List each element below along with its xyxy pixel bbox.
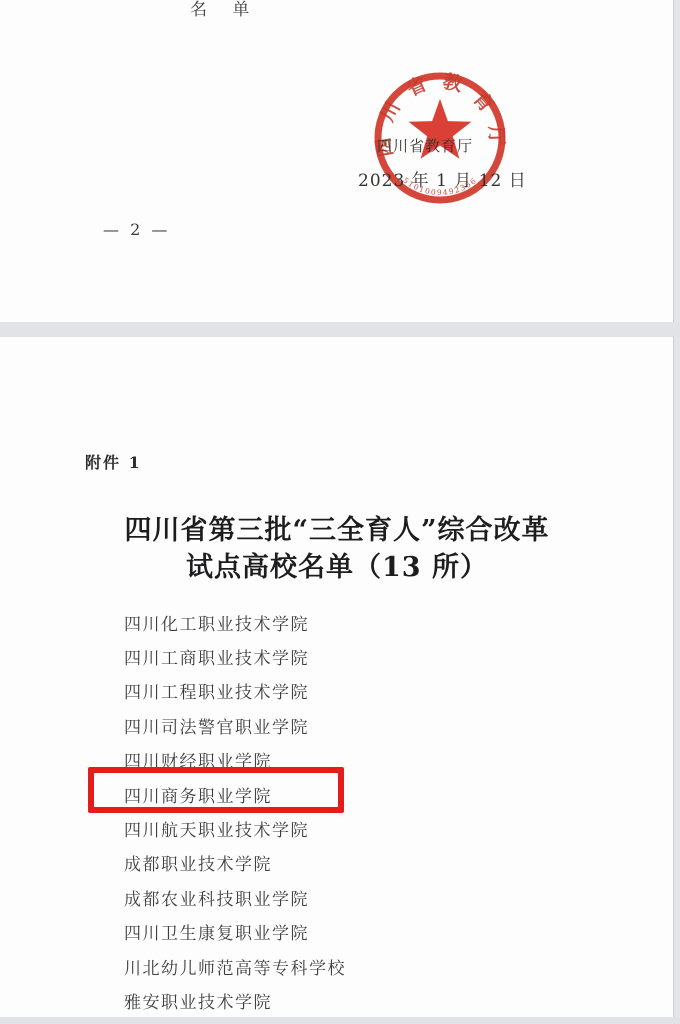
school-list-item: 四川司法警官职业学院	[124, 708, 544, 742]
school-list-item: 四川工商职业技术学院	[124, 639, 544, 673]
school-list-item: 成都职业技术学院	[124, 846, 544, 880]
school-list-item-highlighted: 四川商务职业学院	[124, 777, 544, 811]
page-gap-divider	[0, 322, 680, 336]
doc-title-line2: 试点高校名单（13 所）	[0, 545, 674, 584]
page-number: — 2 —	[103, 220, 170, 239]
school-list-item: 四川工程职业技术学院	[124, 674, 544, 708]
school-list-item: 雅安职业技术学院	[124, 983, 544, 1017]
attachment-label: 附件 1	[85, 450, 142, 473]
page1-scan: 名 单 四川省教育厅 5101009492366 四川省教育厅 2023 年 1…	[0, 0, 674, 323]
school-list-item: 四川卫生康复职业学院	[124, 915, 544, 949]
header-fragment-text: 名 单	[190, 0, 259, 20]
doc-title-line1: 四川省第三批“三全育人”综合改革	[0, 508, 674, 547]
issue-date: 2023 年 1 月 12 日	[358, 166, 527, 191]
page-bottom-edge	[0, 1017, 680, 1024]
page2-scan: 附件 1 四川省第三批“三全育人”综合改革 试点高校名单（13 所） 四川化工职…	[0, 336, 674, 1018]
school-list-item: 川北幼儿师范高等专科学校	[124, 949, 544, 983]
school-list: 四川化工职业技术学院 四川工商职业技术学院 四川工程职业技术学院 四川司法警官职…	[124, 605, 544, 1018]
school-list-item: 成都农业科技职业学院	[124, 880, 544, 914]
document-viewer: 名 单 四川省教育厅 5101009492366 四川省教育厅 2023 年 1…	[0, 0, 680, 1024]
school-list-item: 四川航天职业技术学院	[124, 811, 544, 845]
school-list-item: 四川化工职业技术学院	[124, 605, 544, 639]
school-list-item: 四川财经职业学院	[124, 743, 544, 777]
issuer-name: 四川省教育厅	[377, 135, 473, 156]
